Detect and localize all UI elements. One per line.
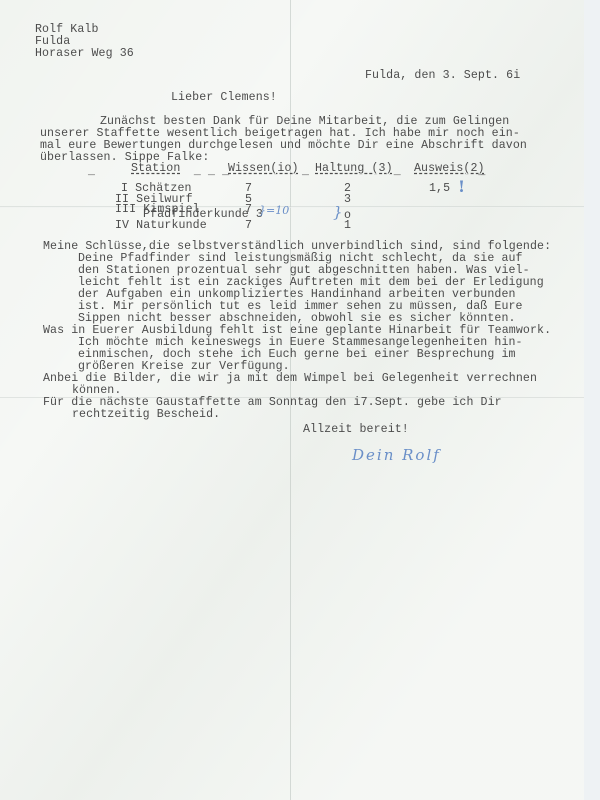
row-haltung: 1 <box>344 220 351 232</box>
handwritten-bracket: } <box>333 203 343 221</box>
place-date: Fulda, den 3. Sept. 6i <box>365 70 520 82</box>
intro-line: überlassen. Sippe Falke: <box>40 152 209 164</box>
closing: Allzeit bereit! <box>303 424 409 436</box>
salutation: Lieber Clemens! <box>171 92 277 104</box>
row-haltung: 3 <box>344 194 351 206</box>
scan-margin <box>584 0 600 800</box>
header-wissen: Wissen(io) <box>228 163 299 175</box>
row-ausweis: 1,5 <box>429 183 450 195</box>
signature: Dein Rolf <box>352 446 441 464</box>
row-station: IV Naturkunde <box>115 220 207 232</box>
sender-street: Horaser Weg 36 <box>35 48 134 60</box>
handwritten-bracket-note: }=10 <box>259 204 289 217</box>
row-wissen: 7 <box>245 220 252 232</box>
body-line: rechtzeitig Bescheid. <box>72 409 220 421</box>
handwritten-exclamation: ! <box>458 177 465 196</box>
fold-line-horizontal <box>0 206 584 208</box>
header-dashes: _ _ _ _ <box>88 166 229 178</box>
